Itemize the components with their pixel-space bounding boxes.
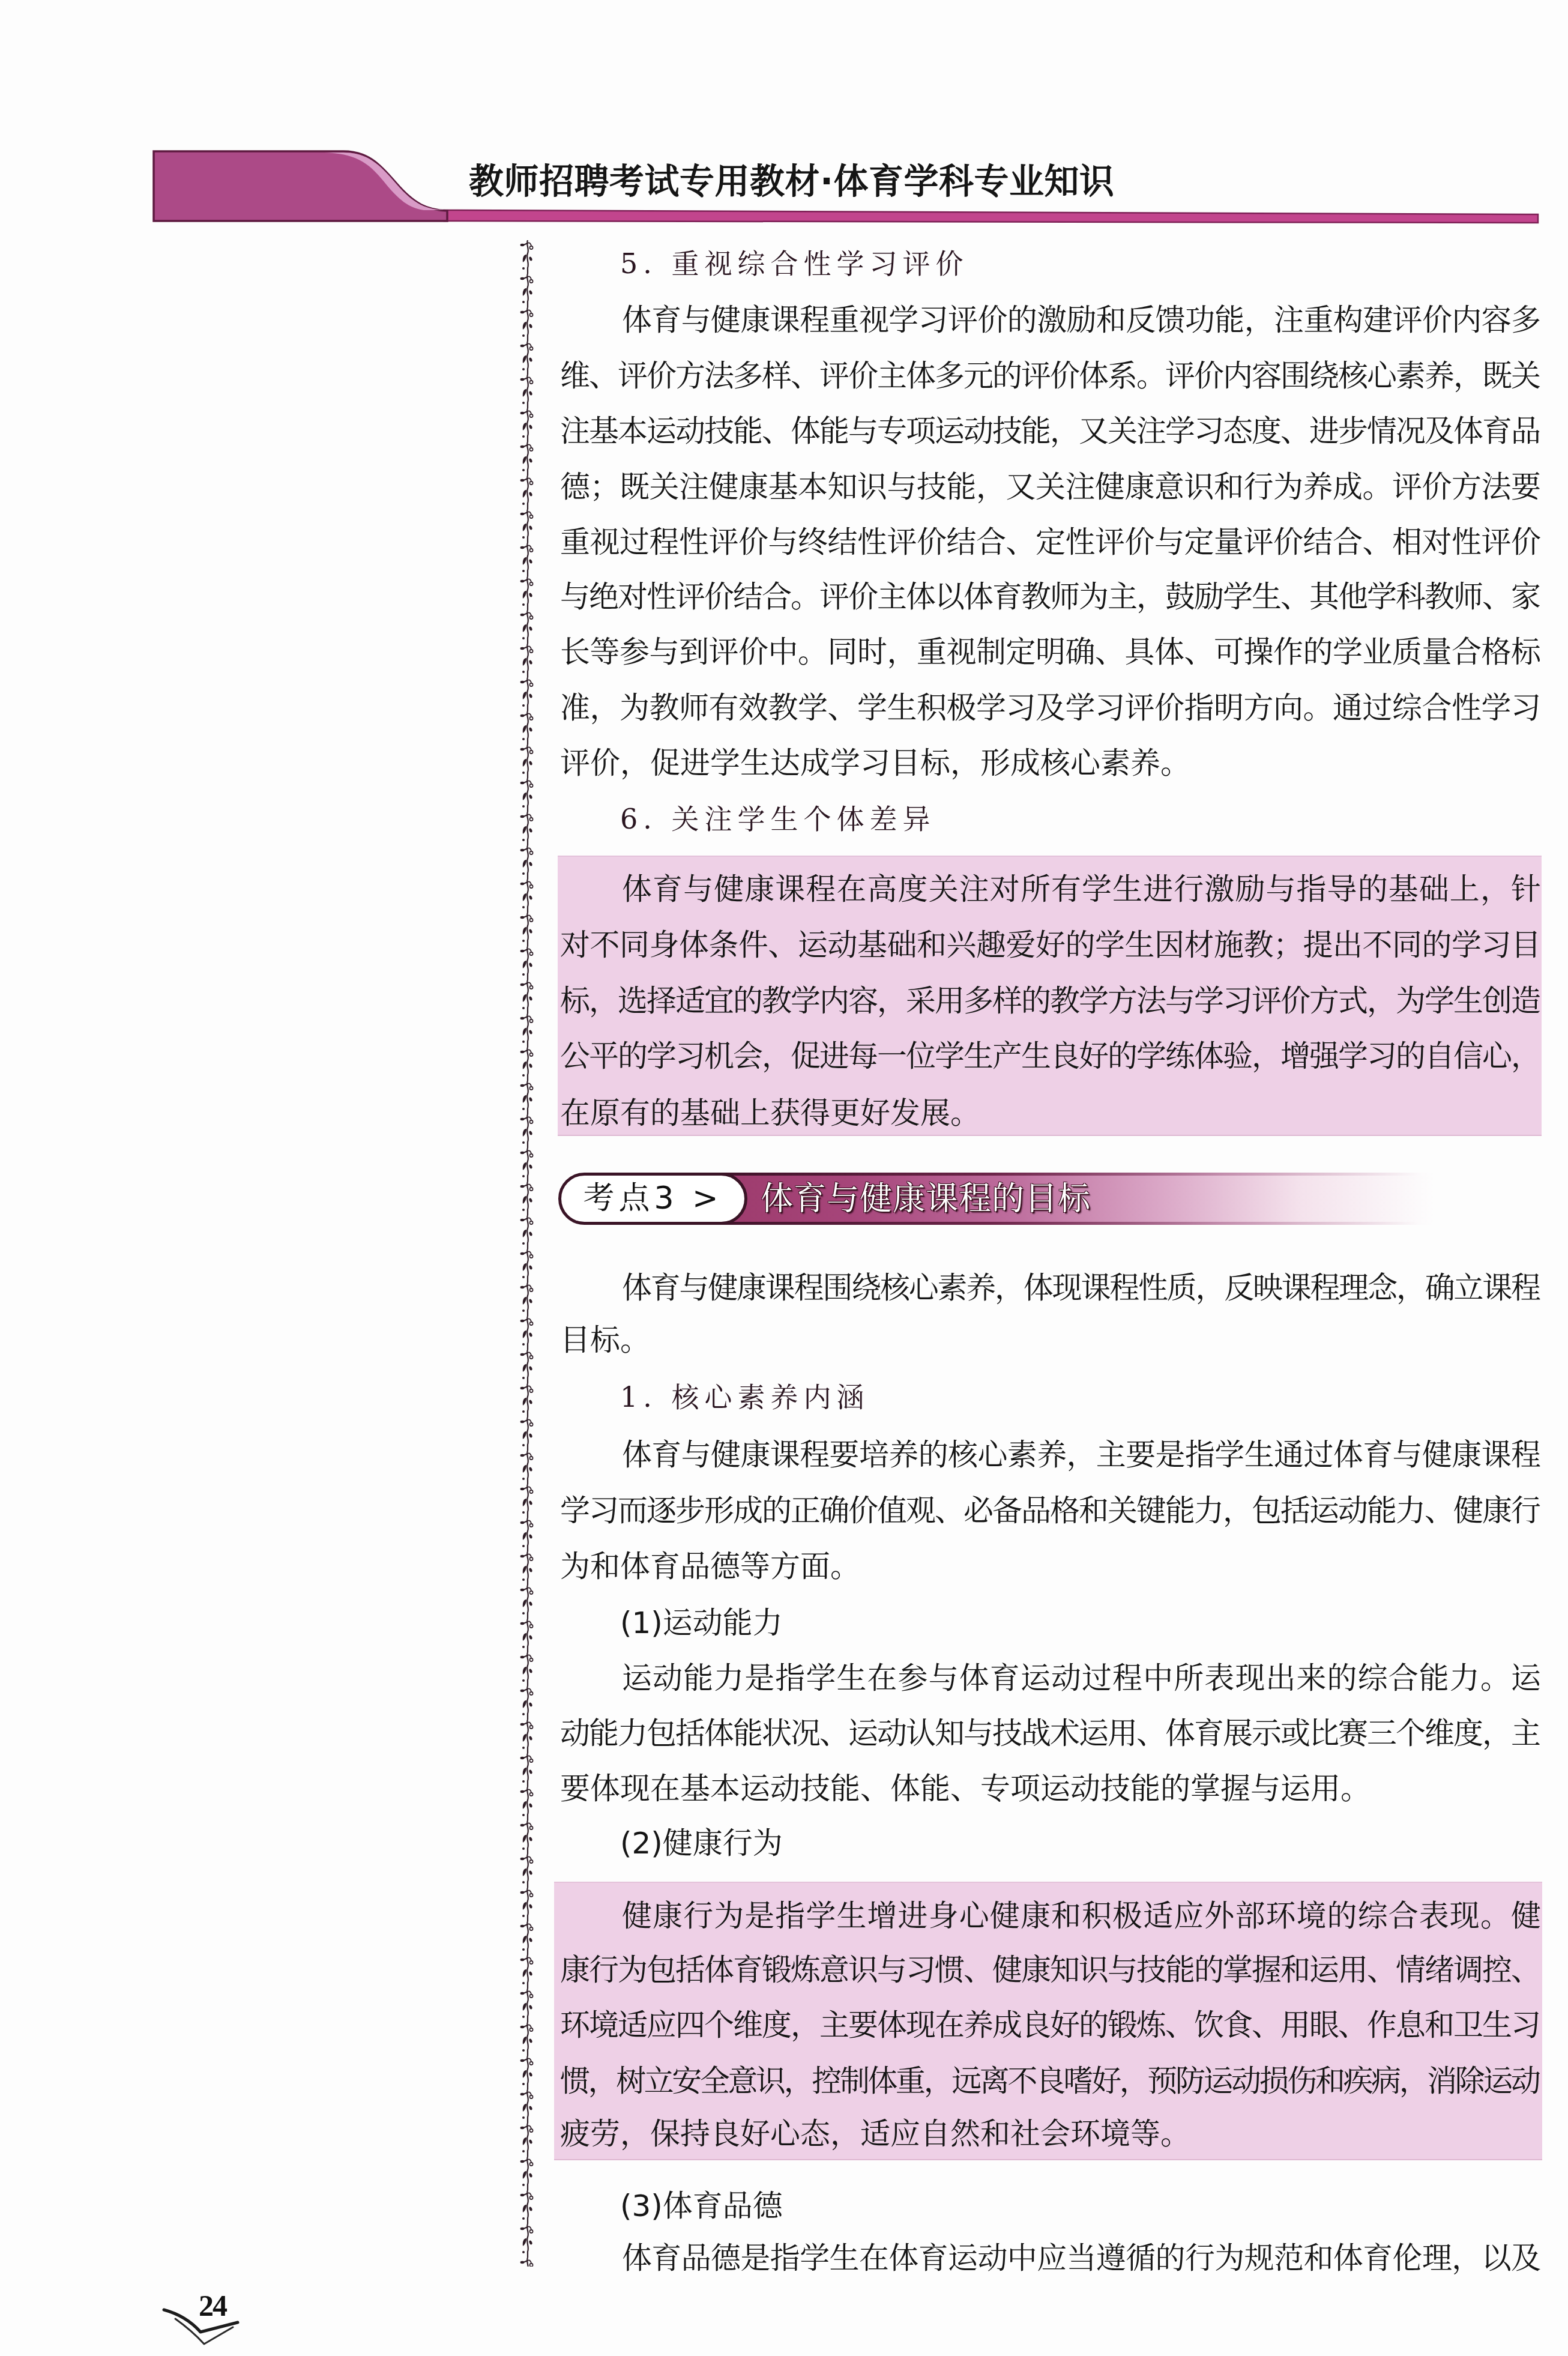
highlight-line: 对不同身体条件、运动基础和兴趣爱好的学生因材施教；提出不同的学习目 bbox=[560, 917, 1541, 973]
paragraph-line: 运动能力是指学生在参与体育运动过程中所表现出来的综合能力。运 bbox=[622, 1651, 1541, 1706]
paragraph-line: 重视过程性评价与终结性评价结合、定性评价与定量评价结合、相对性评价 bbox=[560, 515, 1541, 570]
subsection-heading: (1)运动能力 bbox=[620, 1595, 783, 1651]
highlight-line: 疲劳，保持良好心态，适应自然和社会环境等。 bbox=[560, 2106, 1190, 2161]
highlight-line: 在原有的基础上获得更好发展。 bbox=[560, 1086, 980, 1141]
section-heading: 1. 核心素养内涵 bbox=[620, 1370, 870, 1425]
section-heading: 5. 重视综合性学习评价 bbox=[620, 236, 969, 291]
paragraph-line: 维、评价方法多样、评价主体多元的评价体系。评价内容围绕核心素养，既关 bbox=[560, 348, 1541, 403]
vine-border-icon bbox=[517, 240, 538, 2267]
paragraph-line: 长等参与到评价中。同时，重视制定明确、具体、可操作的学业质量合格标 bbox=[560, 624, 1541, 680]
exam-point-badge-label: 考点3 > bbox=[583, 1180, 722, 1216]
paragraph-line: 体育与健康课程围绕核心素养，体现课程性质，反映课程理念，确立课程 bbox=[622, 1260, 1541, 1315]
paragraph-line: 与绝对性评价结合。评价主体以体育教师为主，鼓励学生、其他学科教师、家 bbox=[560, 569, 1541, 624]
exam-point-badge: 考点3 > bbox=[558, 1173, 747, 1225]
highlight-line: 体育与健康课程在高度关注对所有学生进行激励与指导的基础上，针 bbox=[622, 862, 1541, 917]
paragraph-line: 目标。 bbox=[560, 1312, 650, 1368]
subsection-heading: (3)体育品德 bbox=[620, 2178, 783, 2234]
paragraph-line: 为和体育品德等方面。 bbox=[560, 1539, 860, 1594]
paragraph-line: 评价，促进学生达成学习目标，形成核心素养。 bbox=[560, 735, 1190, 791]
highlight-line: 康行为包括体育锻炼意识与习惯、健康知识与技能的掌握和运用、情绪调控、 bbox=[560, 1942, 1541, 1998]
paragraph-line: 学习而逐步形成的正确价值观、必备品格和关键能力，包括运动能力、健康行 bbox=[560, 1483, 1541, 1538]
highlight-line: 标，选择适宜的教学内容，采用多样的教学方法与学习评价方式，为学生创造 bbox=[560, 973, 1541, 1028]
paragraph-line: 体育品德是指学生在体育运动中应当遵循的行为规范和体育伦理，以及 bbox=[622, 2231, 1541, 2286]
paragraph-line: 体育与健康课程要培养的核心素养，主要是指学生通过体育与健康课程 bbox=[622, 1427, 1541, 1482]
highlight-line: 环境适应四个维度，主要体现在养成良好的锻炼、饮食、用眼、作息和卫生习 bbox=[560, 1998, 1541, 2053]
exam-point-title: 体育与健康课程的目标 bbox=[761, 1173, 1091, 1225]
page-number: 24 bbox=[199, 2288, 226, 2324]
running-header-title: 教师招聘考试专用教材·体育学科专业知识 bbox=[469, 157, 1115, 205]
paragraph-line: 动能力包括体能状况、运动认知与技战术运用、体育展示或比赛三个维度，主 bbox=[560, 1706, 1541, 1761]
highlight-line: 公平的学习机会，促进每一位学生产生良好的学练体验，增强学习的自信心， bbox=[560, 1028, 1541, 1084]
subsection-heading: (2)健康行为 bbox=[620, 1816, 783, 1871]
section-heading: 6. 关注学生个体差异 bbox=[620, 791, 936, 847]
paragraph-line: 体育与健康课程重视学习评价的激励和反馈功能，注重构建评价内容多 bbox=[622, 292, 1541, 348]
highlight-line: 惯，树立安全意识，控制体重，远离不良嗜好，预防运动损伤和疾病，消除运动 bbox=[560, 2053, 1541, 2109]
paragraph-line: 准，为教师有效教学、学生积极学习及学习评价指明方向。通过综合性学习 bbox=[560, 680, 1541, 735]
exam-point-banner: 考点3 > 体育与健康课程的目标 bbox=[558, 1173, 1498, 1225]
paragraph-line: 要体现在基本运动技能、体能、专项运动技能的掌握与运用。 bbox=[560, 1761, 1370, 1816]
highlight-line: 健康行为是指学生增进身心健康和积极适应外部环境的综合表现。健 bbox=[622, 1888, 1541, 1944]
paragraph-line: 德；既关注健康基本知识与技能，又关注健康意识和行为养成。评价方法要 bbox=[560, 459, 1541, 515]
paragraph-line: 注基本运动技能、体能与专项运动技能，又关注学习态度、进步情况及体育品 bbox=[560, 403, 1541, 459]
